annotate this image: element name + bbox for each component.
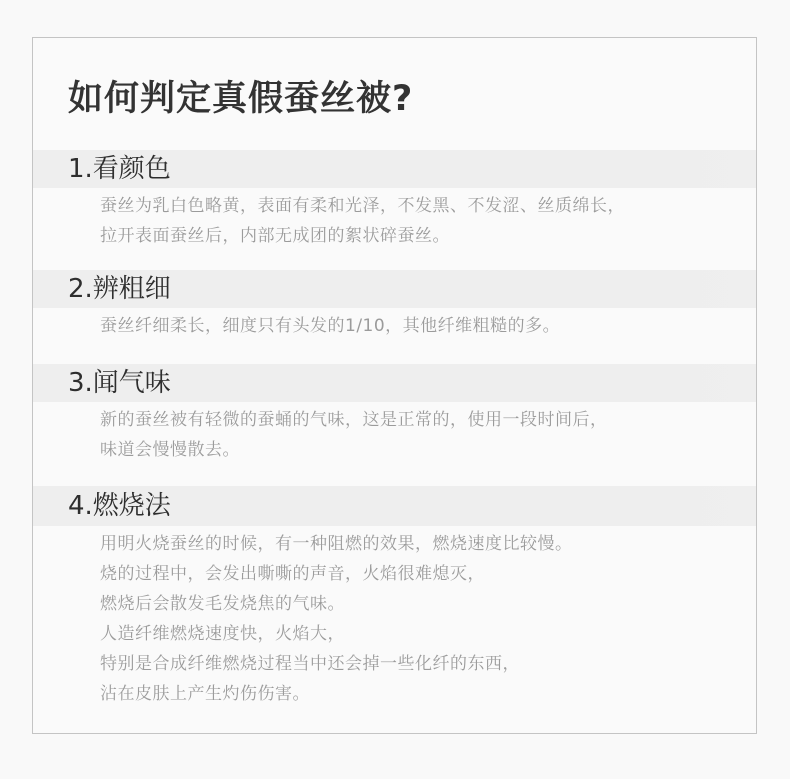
body-line: 烧的过程中，会发出嘶嘶的声音，火焰很难熄灭， xyxy=(100,559,756,589)
section-body: 用明火烧蚕丝的时候，有一种阻燃的效果，燃烧速度比较慢。 烧的过程中，会发出嘶嘶的… xyxy=(33,526,756,709)
section-smell: 3.闻气味 新的蚕丝被有轻微的蚕蛹的气味，这是正常的，使用一段时间后， 味道会慢… xyxy=(33,364,756,465)
body-line: 沾在皮肤上产生灼伤伤害。 xyxy=(100,679,756,709)
body-line: 特别是合成纤维燃烧过程当中还会掉一些化纤的东西， xyxy=(100,649,756,679)
body-line: 蚕丝纤细柔长，细度只有头发的1/10，其他纤维粗糙的多。 xyxy=(100,311,756,341)
section-heading: 3.闻气味 xyxy=(68,364,171,402)
section-burn-test: 4.燃烧法 用明火烧蚕丝的时候，有一种阻燃的效果，燃烧速度比较慢。 烧的过程中，… xyxy=(33,486,756,709)
body-line: 用明火烧蚕丝的时候，有一种阻燃的效果，燃烧速度比较慢。 xyxy=(100,529,756,559)
section-heading: 1.看颜色 xyxy=(68,150,171,188)
body-line: 拉开表面蚕丝后，内部无成团的絮状碎蚕丝。 xyxy=(100,221,756,251)
section-body: 蚕丝为乳白色略黄，表面有柔和光泽，不发黑、不发涩、丝质绵长， 拉开表面蚕丝后，内… xyxy=(33,188,756,251)
info-card: 如何判定真假蚕丝被? 1.看颜色 蚕丝为乳白色略黄，表面有柔和光泽，不发黑、不发… xyxy=(32,37,757,734)
page-title: 如何判定真假蚕丝被? xyxy=(68,74,413,124)
section-heading: 4.燃烧法 xyxy=(68,486,171,526)
section-header-band: 1.看颜色 xyxy=(33,150,756,188)
body-line: 蚕丝为乳白色略黄，表面有柔和光泽，不发黑、不发涩、丝质绵长， xyxy=(100,191,756,221)
section-header-band: 2.辨粗细 xyxy=(33,270,756,308)
body-line: 燃烧后会散发毛发烧焦的气味。 xyxy=(100,589,756,619)
section-body: 新的蚕丝被有轻微的蚕蛹的气味，这是正常的，使用一段时间后， 味道会慢慢散去。 xyxy=(33,402,756,465)
section-header-band: 3.闻气味 xyxy=(33,364,756,402)
body-line: 味道会慢慢散去。 xyxy=(100,435,756,465)
section-header-band: 4.燃烧法 xyxy=(33,486,756,526)
section-color: 1.看颜色 蚕丝为乳白色略黄，表面有柔和光泽，不发黑、不发涩、丝质绵长， 拉开表… xyxy=(33,150,756,251)
body-line: 新的蚕丝被有轻微的蚕蛹的气味，这是正常的，使用一段时间后， xyxy=(100,405,756,435)
section-thickness: 2.辨粗细 蚕丝纤细柔长，细度只有头发的1/10，其他纤维粗糙的多。 xyxy=(33,270,756,341)
body-line: 人造纤维燃烧速度快，火焰大， xyxy=(100,619,756,649)
section-body: 蚕丝纤细柔长，细度只有头发的1/10，其他纤维粗糙的多。 xyxy=(33,308,756,341)
section-heading: 2.辨粗细 xyxy=(68,270,171,308)
